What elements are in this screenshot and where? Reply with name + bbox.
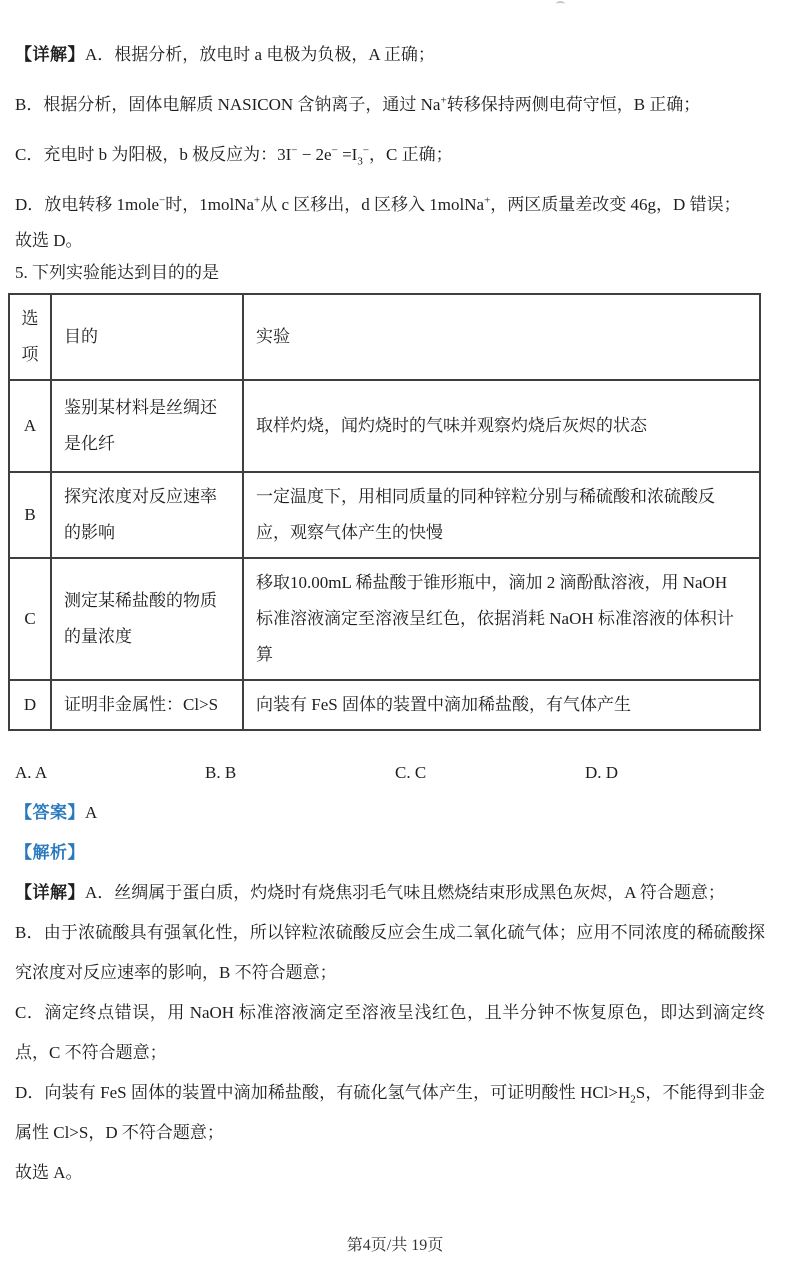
q5-detail-text-b: B．由于浓硫酸具有强氧化性，所以锌粒浓硫酸反应会生成二氧化硫气体；应用不同浓度的… [15,923,765,982]
row-b-purpose: 探究浓度对反应速率的影响 [51,472,243,558]
q5-conclusion: 故选 A。 [15,1153,765,1193]
question5-number: 5. [15,263,28,282]
q5-detail-text-a: A．丝绸属于蛋白质，灼烧时有烧焦羽毛气味且燃烧结束形成黑色灰烬，A 符合题意； [85,883,725,902]
row-c-option: C [9,558,51,680]
analysis-label: 【解析】 [15,843,85,862]
row-d-experiment: 向装有 FeS 固体的装置中滴加稀盐酸，有气体产生 [243,680,760,730]
analysis-line: 【解析】 [15,833,765,873]
scan-artifact [556,1,565,7]
q5-detail-text-c: C．滴定终点错误，用 NaOH 标准溶液滴定至溶液呈浅红色，且半分钟不恢复原色，… [15,1003,765,1062]
experiment-table: 选项 目的 实验 A 鉴别某材料是丝绸还是化纤 取样灼烧，闻灼烧时的气味并观察灼… [8,293,761,731]
table-row: D 证明非金属性：Cl>S 向装有 FeS 固体的装置中滴加稀盐酸，有气体产生 [9,680,760,730]
q4-detail-line-d: D．放电转移 1mole−时，1molNa+从 c 区移出，d 区移入 1mol… [15,185,765,225]
choice-a: A. A [15,753,205,793]
choice-c: C. C [395,753,585,793]
answer-label: 【答案】 [15,803,85,822]
exam-answer-page: 【详解】A．根据分析，放电时 a 电极为负极，A 正确； B．根据分析，固体电解… [0,0,790,1281]
detail-label: 【详解】 [15,45,85,64]
row-c-purpose: 测定某稀盐酸的物质的量浓度 [51,558,243,680]
answer-value: A [85,803,97,822]
row-d-purpose: 证明非金属性：Cl>S [51,680,243,730]
col-header-experiment: 实验 [243,294,760,380]
q4-detail-line-c: C．充电时 b 为阳极，b 极反应为：3I− − 2e− =I3−，C 正确； [15,135,765,175]
page-number-footer: 第4页/共 19页 [0,1235,790,1257]
q5-detail-text-d: D．向装有 FeS 固体的装置中滴加稀盐酸，有硫化氢气体产生，可证明酸性 HCl… [15,1083,765,1142]
q4-detail-line-a: 【详解】A．根据分析，放电时 a 电极为负极，A 正确； [15,35,765,75]
q5-detail-line-c: C．滴定终点错误，用 NaOH 标准溶液滴定至溶液呈浅红色，且半分钟不恢复原色，… [15,993,765,1073]
q4-detail-line-b: B．根据分析，固体电解质 NASICON 含钠离子，通过 Na+转移保持两侧电荷… [15,85,765,125]
answer-line: 【答案】A [15,793,765,833]
row-c-experiment: 移取10.00mL 稀盐酸于锥形瓶中，滴加 2 滴酚酞溶液，用 NaOH 标准溶… [243,558,760,680]
row-b-option: B [9,472,51,558]
row-b-experiment: 一定温度下，用相同质量的同种锌粒分别与稀硫酸和浓硫酸反应，观察气体产生的快慢 [243,472,760,558]
q5-detail-line-a: 【详解】A．丝绸属于蛋白质，灼烧时有烧焦羽毛气味且燃烧结束形成黑色灰烬，A 符合… [15,873,765,913]
row-a-purpose: 鉴别某材料是丝绸还是化纤 [51,380,243,472]
q4-detail-text-c: C．充电时 b 为阳极，b 极反应为：3I− − 2e− =I3−，C 正确； [15,145,453,164]
table-header-row: 选项 目的 实验 [9,294,760,380]
row-d-option: D [9,680,51,730]
table-row: A 鉴别某材料是丝绸还是化纤 取样灼烧，闻灼烧时的气味并观察灼烧后灰烬的状态 [9,380,760,472]
table-row: B 探究浓度对反应速率的影响 一定温度下，用相同质量的同种锌粒分别与稀硫酸和浓硫… [9,472,760,558]
q4-detail-text-d: D．放电转移 1mole−时，1molNa+从 c 区移出，d 区移入 1mol… [15,195,741,214]
row-a-experiment: 取样灼烧，闻灼烧时的气味并观察灼烧后灰烬的状态 [243,380,760,472]
q5-detail-line-d: D．向装有 FeS 固体的装置中滴加稀盐酸，有硫化氢气体产生，可证明酸性 HCl… [15,1073,765,1153]
q4-detail-text-a: A．根据分析，放电时 a 电极为负极，A 正确； [85,45,435,64]
choice-d: D. D [585,753,780,793]
choices-row: A. A B. B C. C D. D [15,753,780,793]
q4-detail-text-b: B．根据分析，固体电解质 NASICON 含钠离子，通过 Na+转移保持两侧电荷… [15,95,700,114]
question5-stem: 5. 下列实验能达到目的的是 [15,253,765,293]
q5-detail-line-b: B．由于浓硫酸具有强氧化性，所以锌粒浓硫酸反应会生成二氧化硫气体；应用不同浓度的… [15,913,765,993]
choice-b: B. B [205,753,395,793]
question5-stem-text: 下列实验能达到目的的是 [32,263,219,282]
row-a-option: A [9,380,51,472]
table-row: C 测定某稀盐酸的物质的量浓度 移取10.00mL 稀盐酸于锥形瓶中，滴加 2 … [9,558,760,680]
col-header-option: 选项 [9,294,51,380]
detail-label: 【详解】 [15,883,85,902]
col-header-purpose: 目的 [51,294,243,380]
